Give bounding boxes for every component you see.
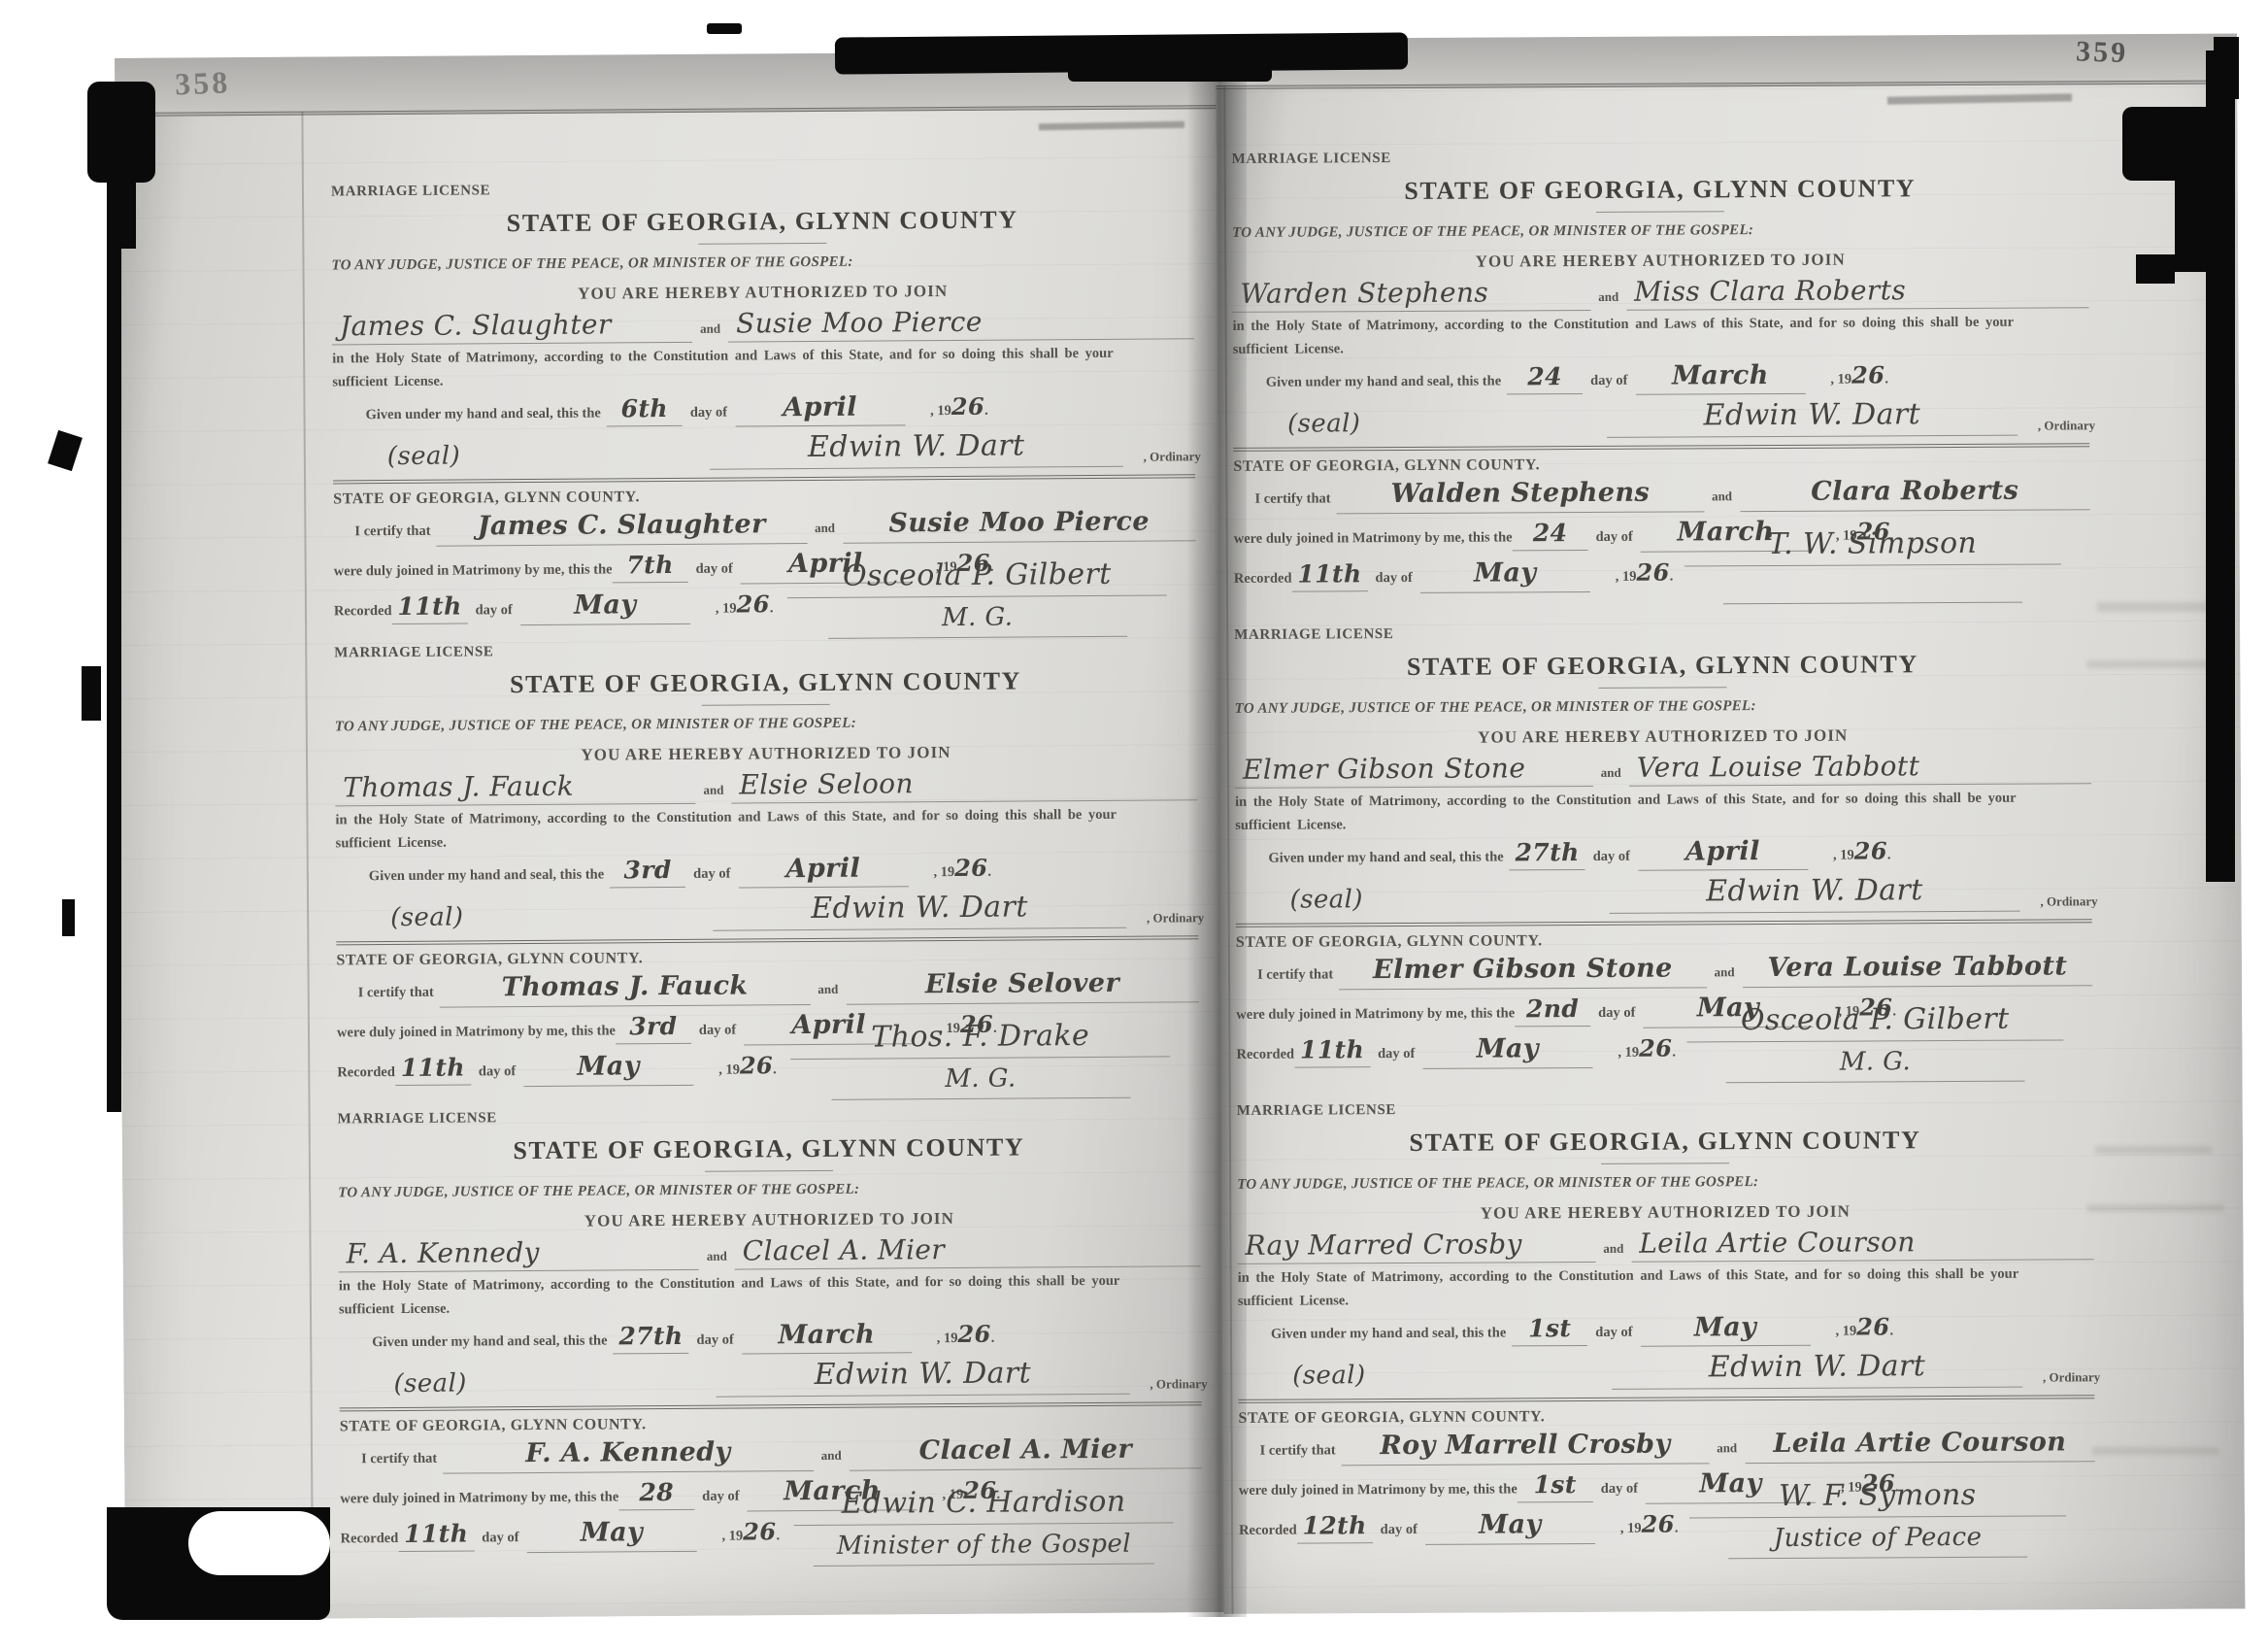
seal-note: (seal): [1290, 884, 1363, 916]
groom-name: Elmer Gibson Stone: [1235, 753, 1593, 789]
recorded-line: Recorded 11th day of May , 1926.: [1236, 1031, 1750, 1070]
matrimony-clause: in the Holy State of Matrimony, accordin…: [1235, 790, 2091, 812]
recorded-month: May: [526, 1516, 696, 1553]
recorded-line: Recorded 11th day of May , 1926.: [341, 1515, 858, 1554]
names-line: F. A. Kennedy and Clacel A. Mier: [338, 1232, 1200, 1272]
recorded-line: Recorded 11th day of May , 1926.: [337, 1049, 854, 1088]
cert-bride-name: Leila Artie Courson: [1745, 1427, 2095, 1465]
joined-label: were duly joined in Matrimony by me, thi…: [340, 1489, 618, 1508]
day-of-label: day of: [1596, 528, 1633, 546]
joined-label: were duly joined in Matrimony by me, thi…: [1236, 1005, 1515, 1025]
license-year: , 1926.: [1833, 836, 1891, 865]
day-of-label: day of: [1598, 1004, 1635, 1022]
matrimony-clause: in the Holy State of Matrimony, accordin…: [339, 1272, 1201, 1296]
recorded-label: Recorded: [334, 602, 392, 621]
sufficient-license-label: sufficient License.: [1233, 336, 2089, 358]
certify-label: I certify that: [1257, 966, 1333, 985]
officiant-signature: Osceola P. Gilbert: [1686, 1000, 2063, 1043]
matrimony-clause: in the Holy State of Matrimony, accordin…: [1238, 1265, 2094, 1288]
officiant-title: M. G.: [828, 601, 1127, 639]
recorded-day: 11th: [398, 1518, 474, 1552]
and-label: and: [1712, 489, 1732, 505]
right-page: 359 MARRIAGE LICENSE STATE OF GEORGIA, G…: [1216, 33, 2245, 1613]
recorded-year: , 1926.: [716, 590, 774, 619]
license-month: May: [1640, 1310, 1810, 1347]
recorded-month: May: [520, 589, 690, 625]
certify-line: I certify that Roy Marrell Crosby and Le…: [1239, 1427, 2095, 1466]
recorded-area: Recorded 11th day of May , 1926. Edwin C…: [341, 1512, 1204, 1596]
license-month: March: [1635, 359, 1805, 396]
certify-label: I certify that: [361, 1450, 437, 1468]
certify-line: I certify that Thomas J. Fauck and Elsie…: [337, 967, 1199, 1009]
given-label: Given under my hand and seal, this the: [369, 865, 604, 885]
given-line: Given under my hand and seal, this the 2…: [1233, 357, 2089, 397]
title-rule: [1601, 1162, 1729, 1164]
groom-name: Thomas J. Fauck: [335, 770, 695, 807]
cert-bride-name: Vera Louise Tabbott: [1742, 951, 2092, 989]
marriage-record-6: MARRIAGE LICENSE STATE OF GEORGIA, GLYNN…: [1237, 1097, 2096, 1588]
and-label: and: [1717, 1441, 1737, 1457]
joined-label: were duly joined in Matrimony by me, thi…: [1239, 1481, 1518, 1500]
and-label: and: [707, 1249, 727, 1264]
marriage-record-1: MARRIAGE LICENSE STATE OF GEORGIA, GLYNN…: [331, 177, 1196, 668]
ordinary-signature-line: Edwin W. Dart , Ordinary: [1607, 396, 2018, 439]
married-day: 2nd: [1515, 994, 1590, 1028]
groom-name: Ray Marred Crosby: [1237, 1229, 1595, 1264]
names-line: James C. Slaughter and Susie Moo Pierce: [332, 305, 1194, 345]
record-title: STATE OF GEORGIA, GLYNN COUNTY: [1237, 1124, 2093, 1160]
scanned-marriage-record-book: { "book": { "left_page_number": "358", "…: [0, 0, 2268, 1651]
section-divider: [333, 475, 1195, 485]
recorded-month: May: [523, 1050, 693, 1087]
given-line: Given under my hand and seal, this the 6…: [332, 388, 1194, 430]
recorded-label: Recorded: [1234, 570, 1292, 588]
record-title: STATE OF GEORGIA, GLYNN COUNTY: [1232, 172, 2088, 208]
bleed-through-mark: [2097, 602, 2214, 612]
section-divider: [1238, 1396, 2094, 1404]
title-rule: [702, 704, 830, 706]
recorded-month: May: [1422, 1032, 1592, 1069]
license-month: March: [742, 1318, 912, 1355]
officiant-title: M. G.: [831, 1062, 1130, 1100]
marriage-record-2: MARRIAGE LICENSE STATE OF GEORGIA, GLYNN…: [334, 638, 1199, 1129]
license-day: 3rd: [610, 855, 685, 889]
certify-line: I certify that Walden Stephens and Clara…: [1233, 475, 2089, 515]
sufficient-license-label: sufficient License.: [332, 367, 1194, 390]
license-day: 6th: [607, 393, 683, 427]
officiant-block: Thos. F. Drake M. G.: [790, 1017, 1170, 1100]
given-label: Given under my hand and seal, this the: [372, 1331, 607, 1351]
ordinary-signature: Edwin W. Dart: [709, 427, 1123, 470]
license-day: 1st: [1512, 1313, 1587, 1347]
authorization-line: YOU ARE HEREBY AUTHORIZED TO JOIN: [332, 279, 1194, 305]
names-line: Warden Stephens and Miss Clara Roberts: [1232, 275, 2088, 314]
day-of-label: day of: [696, 560, 733, 578]
day-of-label: day of: [699, 1022, 736, 1039]
authorization-line: YOU ARE HEREBY AUTHORIZED TO JOIN: [1235, 724, 2091, 749]
recorded-label: Recorded: [1239, 1522, 1297, 1539]
seal-signature-row: (seal) Edwin W. Dart , Ordinary: [339, 1352, 1201, 1400]
given-label: Given under my hand and seal, this the: [366, 404, 601, 423]
seal-signature-row: (seal) Edwin W. Dart , Ordinary: [333, 424, 1195, 473]
and-label: and: [817, 982, 838, 997]
bride-name: Elsie Seloon: [731, 766, 1197, 804]
day-of-label: day of: [482, 1529, 518, 1546]
certify-label: I certify that: [358, 984, 434, 1002]
ordinary-signature: Edwin W. Dart: [1612, 1348, 2023, 1391]
scan-artifact: [82, 666, 101, 721]
recorded-day: 11th: [1291, 558, 1367, 592]
bride-name: Leila Artie Courson: [1631, 1227, 2093, 1264]
title-rule: [698, 243, 826, 245]
recorded-year: , 1926.: [721, 1517, 780, 1546]
cert-bride-name: Clacel A. Mier: [850, 1433, 1203, 1471]
recorded-day: 11th: [1294, 1034, 1370, 1068]
authorization-line: YOU ARE HEREBY AUTHORIZED TO JOIN: [1237, 1199, 2093, 1225]
salutation: TO ANY JUDGE, JUSTICE OF THE PEACE, OR M…: [338, 1178, 1200, 1202]
salutation: TO ANY JUDGE, JUSTICE OF THE PEACE, OR M…: [1235, 696, 2091, 719]
recorded-year: , 1926.: [1620, 1509, 1679, 1538]
and-label: and: [821, 1448, 842, 1464]
married-day: 1st: [1518, 1469, 1593, 1503]
section-label: MARRIAGE LICENSE: [1234, 622, 2090, 644]
certify-line: I certify that Elmer Gibson Stone and Ve…: [1236, 951, 2092, 991]
recorded-day: 12th: [1297, 1510, 1373, 1544]
scan-artifact: [707, 23, 742, 34]
married-day: 28: [618, 1477, 694, 1511]
authorization-line: YOU ARE HEREBY AUTHORIZED TO JOIN: [335, 740, 1197, 766]
ordinary-signature-line: Edwin W. Dart , Ordinary: [709, 427, 1123, 470]
officiant-signature: Osceola P. Gilbert: [787, 556, 1167, 598]
day-of-label: day of: [1593, 847, 1630, 864]
scan-artifact: [2214, 37, 2239, 99]
officiant-signature: Thos. F. Drake: [790, 1017, 1170, 1060]
groom-name: Warden Stephens: [1232, 277, 1590, 313]
day-of-label: day of: [693, 864, 730, 882]
bride-name: Clacel A. Mier: [735, 1232, 1201, 1270]
license-day: 27th: [613, 1321, 688, 1355]
officiant-title: Justice of Peace: [1728, 1522, 2027, 1559]
license-year: , 1926.: [1835, 1312, 1893, 1341]
and-label: and: [703, 783, 723, 798]
section-label: MARRIAGE LICENSE: [1232, 146, 2088, 168]
given-line: Given under my hand and seal, this the 3…: [336, 850, 1198, 892]
certification-heading: STATE OF GEORGIA, GLYNN COUNTY.: [1236, 929, 2092, 954]
day-of-label: day of: [702, 1488, 739, 1505]
bleed-through-mark: [2087, 1204, 2223, 1212]
marriage-record-5: MARRIAGE LICENSE STATE OF GEORGIA, GLYNN…: [1234, 622, 2093, 1112]
recorded-day: 11th: [395, 1052, 471, 1086]
officiant-block: Edwin C. Hardison Minister of the Gospel: [794, 1483, 1174, 1567]
recorded-label: Recorded: [341, 1530, 399, 1548]
ordinary-signature: Edwin W. Dart: [1607, 396, 2018, 439]
scan-artifact: [2136, 254, 2175, 284]
scan-artifact: [87, 82, 155, 183]
record-title: STATE OF GEORGIA, GLYNN COUNTY: [331, 203, 1193, 241]
certify-label: I certify that: [1254, 490, 1330, 509]
and-label: and: [1603, 1241, 1623, 1257]
bride-name: Miss Clara Roberts: [1626, 275, 2088, 312]
cert-bride-name: Elsie Selover: [846, 967, 1199, 1005]
groom-name: James C. Slaughter: [332, 309, 692, 346]
cert-bride-name: Clara Roberts: [1740, 475, 2090, 513]
license-month: April: [738, 852, 908, 889]
record-title: STATE OF GEORGIA, GLYNN COUNTY: [338, 1130, 1200, 1168]
sufficient-license-label: sufficient License.: [336, 828, 1198, 852]
title-rule: [705, 1170, 833, 1172]
and-label: and: [1598, 289, 1618, 305]
left-page: 358 MARRIAGE LICENSE STATE OF GEORGIA, G…: [115, 51, 1226, 1620]
recorded-label: Recorded: [337, 1063, 395, 1082]
section-divider: [1233, 444, 2089, 453]
license-year: , 1926.: [1830, 360, 1888, 389]
recorded-year: , 1926.: [1618, 1033, 1676, 1062]
given-label: Given under my hand and seal, this the: [1271, 1324, 1506, 1342]
day-of-label: day of: [1381, 1521, 1417, 1538]
joined-label: were duly joined in Matrimony by me, thi…: [1234, 529, 1513, 549]
cert-groom-name: James C. Slaughter: [436, 508, 807, 546]
seal-note: (seal): [1292, 1360, 1365, 1392]
ordinary-signature: Edwin W. Dart: [716, 1355, 1130, 1398]
officiant-signature: W. F. Symons: [1689, 1476, 2066, 1519]
ordinary-label: , Ordinary: [1147, 910, 1204, 927]
officiant-signature: Edwin C. Hardison: [794, 1483, 1174, 1526]
marriage-record-3: MARRIAGE LICENSE STATE OF GEORGIA, GLYNN…: [338, 1104, 1203, 1596]
officiant-block: T. W. Simpson: [1684, 524, 2062, 611]
and-label: and: [1601, 765, 1621, 781]
cert-bride-name: Susie Moo Pierce: [843, 506, 1196, 544]
names-line: Elmer Gibson Stone and Vera Louise Tabbo…: [1235, 751, 2091, 790]
day-of-label: day of: [1375, 569, 1412, 587]
ordinary-label: , Ordinary: [2038, 418, 2095, 434]
officiant-title: M. G.: [1725, 1046, 2024, 1083]
recorded-month: May: [1425, 1508, 1595, 1545]
recorded-line: Recorded 11th day of May , 1926.: [334, 588, 851, 626]
bleed-through-mark: [2095, 1146, 2212, 1154]
given-label: Given under my hand and seal, this the: [1268, 848, 1503, 866]
matrimony-clause: in the Holy State of Matrimony, accordin…: [332, 345, 1194, 368]
salutation: TO ANY JUDGE, JUSTICE OF THE PEACE, OR M…: [1237, 1172, 2093, 1195]
day-of-label: day of: [690, 403, 727, 421]
recorded-line: Recorded 12th day of May , 1926.: [1239, 1507, 1752, 1546]
scan-artifact-notch: [188, 1511, 330, 1575]
sufficient-license-label: sufficient License.: [1238, 1288, 2094, 1310]
ordinary-label: , Ordinary: [1150, 1376, 1207, 1393]
marriage-record-4: MARRIAGE LICENSE STATE OF GEORGIA, GLYNN…: [1232, 146, 2091, 636]
section-divider: [340, 1402, 1202, 1412]
officiant-block: Osceola P. Gilbert M. G.: [787, 556, 1167, 639]
and-label: and: [815, 521, 835, 536]
section-label: MARRIAGE LICENSE: [1237, 1097, 2093, 1120]
license-day: 24: [1507, 361, 1583, 395]
recorded-area: Recorded 12th day of May , 1926. W. F. S…: [1239, 1505, 2095, 1588]
record-title: STATE OF GEORGIA, GLYNN COUNTY: [334, 664, 1196, 702]
joined-label: were duly joined in Matrimony by me, thi…: [334, 561, 613, 581]
given-label: Given under my hand and seal, this the: [1266, 372, 1501, 390]
seal-note: (seal): [1287, 408, 1360, 440]
day-of-label: day of: [479, 1062, 516, 1080]
cert-groom-name: Roy Marrell Crosby: [1342, 1429, 1710, 1466]
authorization-line: YOU ARE HEREBY AUTHORIZED TO JOIN: [338, 1206, 1200, 1232]
title-rule: [1596, 212, 1724, 214]
given-line: Given under my hand and seal, this the 2…: [339, 1316, 1201, 1358]
recorded-label: Recorded: [1236, 1046, 1294, 1063]
groom-name: F. A. Kennedy: [338, 1236, 698, 1273]
officiant-block: Osceola P. Gilbert M. G.: [1686, 1000, 2064, 1083]
married-day: 3rd: [616, 1011, 691, 1045]
bride-name: Vera Louise Tabbott: [1629, 751, 2091, 788]
seal-signature-row: (seal) Edwin W. Dart , Ordinary: [1233, 393, 2089, 441]
seal-signature-row: (seal) Edwin W. Dart , Ordinary: [1238, 1345, 2094, 1393]
day-of-label: day of: [1378, 1045, 1415, 1062]
scan-artifact: [62, 899, 75, 936]
recorded-month: May: [1420, 556, 1590, 593]
license-year: , 1926.: [933, 853, 991, 882]
ordinary-label: , Ordinary: [2040, 893, 2097, 910]
salutation: TO ANY JUDGE, JUSTICE OF THE PEACE, OR M…: [335, 712, 1197, 736]
seal-signature-row: (seal) Edwin W. Dart , Ordinary: [1235, 869, 2091, 917]
ordinary-signature-line: Edwin W. Dart , Ordinary: [1609, 872, 2020, 915]
salutation: TO ANY JUDGE, JUSTICE OF THE PEACE, OR M…: [1232, 220, 2088, 243]
license-month: April: [735, 390, 905, 427]
page-margin-line: [301, 112, 314, 1619]
record-title: STATE OF GEORGIA, GLYNN COUNTY: [1234, 648, 2090, 684]
authorization-line: YOU ARE HEREBY AUTHORIZED TO JOIN: [1232, 248, 2088, 273]
officiant-title: Minister of the Gospel: [814, 1529, 1154, 1567]
recorded-line: Recorded 11th day of May , 1926.: [1234, 556, 1748, 594]
page-number-right: 359: [2076, 35, 2129, 70]
salutation: TO ANY JUDGE, JUSTICE OF THE PEACE, OR M…: [331, 251, 1193, 275]
day-of-label: day of: [476, 601, 513, 619]
ordinary-signature-line: Edwin W. Dart , Ordinary: [716, 1355, 1130, 1398]
recorded-year: , 1926.: [718, 1051, 777, 1080]
day-of-label: day of: [1590, 371, 1627, 388]
married-day: 24: [1512, 518, 1587, 552]
officiant-title: [1723, 570, 2022, 605]
ordinary-signature: Edwin W. Dart: [1609, 872, 2020, 915]
ordinary-signature-line: Edwin W. Dart , Ordinary: [1612, 1348, 2023, 1391]
names-line: Thomas J. Fauck and Elsie Seloon: [335, 766, 1197, 806]
cert-groom-name: Thomas J. Fauck: [440, 969, 811, 1007]
sufficient-license-label: sufficient License.: [339, 1295, 1201, 1318]
bride-name: Susie Moo Pierce: [728, 305, 1194, 343]
scan-artifact: [1068, 66, 1272, 82]
day-of-label: day of: [1601, 1480, 1638, 1498]
bleed-through-mark: [2092, 1447, 2218, 1455]
certify-label: I certify that: [354, 522, 430, 541]
license-year: , 1926.: [930, 391, 988, 421]
seal-note: (seal): [393, 1367, 466, 1399]
officiant-signature: T. W. Simpson: [1684, 524, 2061, 567]
recorded-year: , 1926.: [1616, 557, 1674, 587]
day-of-label: day of: [696, 1331, 733, 1348]
cert-groom-name: Elmer Gibson Stone: [1339, 953, 1707, 991]
ordinary-signature-line: Edwin W. Dart , Ordinary: [713, 889, 1127, 931]
scan-artifact: [48, 430, 83, 471]
ordinary-signature: Edwin W. Dart: [713, 889, 1127, 931]
names-line: Ray Marred Crosby and Leila Artie Courso…: [1237, 1227, 2093, 1265]
married-day: 7th: [612, 550, 687, 584]
scan-artifact: [2206, 51, 2235, 882]
license-month: April: [1638, 835, 1808, 872]
given-line: Given under my hand and seal, this the 1…: [1238, 1309, 2094, 1349]
recorded-day: 11th: [391, 590, 467, 624]
cert-groom-name: Walden Stephens: [1336, 477, 1704, 515]
certify-line: I certify that F. A. Kennedy and Clacel …: [340, 1433, 1202, 1475]
scan-artifact: [107, 87, 121, 1112]
sufficient-license-label: sufficient License.: [1235, 812, 2091, 834]
license-year: , 1926.: [937, 1319, 995, 1348]
page-number-left: 358: [174, 64, 230, 102]
matrimony-clause: in the Holy State of Matrimony, accordin…: [1233, 314, 2089, 336]
and-label: and: [700, 321, 720, 337]
ordinary-label: , Ordinary: [1144, 449, 1201, 465]
seal-note: (seal): [390, 901, 463, 933]
section-label: MARRIAGE LICENSE: [331, 177, 1193, 201]
day-of-label: day of: [1595, 1323, 1632, 1340]
certification-heading: STATE OF GEORGIA, GLYNN COUNTY.: [1233, 454, 2089, 478]
certify-label: I certify that: [1260, 1442, 1336, 1461]
certification-heading: STATE OF GEORGIA, GLYNN COUNTY.: [1238, 1405, 2094, 1430]
certify-line: I certify that James C. Slaughter and Su…: [333, 506, 1195, 548]
joined-label: were duly joined in Matrimony by me, thi…: [337, 1023, 616, 1042]
cert-groom-name: F. A. Kennedy: [443, 1435, 814, 1473]
section-divider: [336, 936, 1198, 946]
officiant-block: W. F. Symons Justice of Peace: [1689, 1476, 2067, 1559]
and-label: and: [1715, 965, 1735, 981]
title-rule: [1599, 688, 1727, 690]
seal-note: (seal): [387, 440, 460, 472]
ordinary-label: , Ordinary: [2043, 1369, 2100, 1386]
matrimony-clause: in the Holy State of Matrimony, accordin…: [335, 806, 1197, 829]
seal-signature-row: (seal) Edwin W. Dart , Ordinary: [336, 886, 1198, 934]
license-day: 27th: [1510, 837, 1585, 871]
given-line: Given under my hand and seal, this the 2…: [1235, 833, 2091, 873]
section-divider: [1236, 920, 2092, 928]
